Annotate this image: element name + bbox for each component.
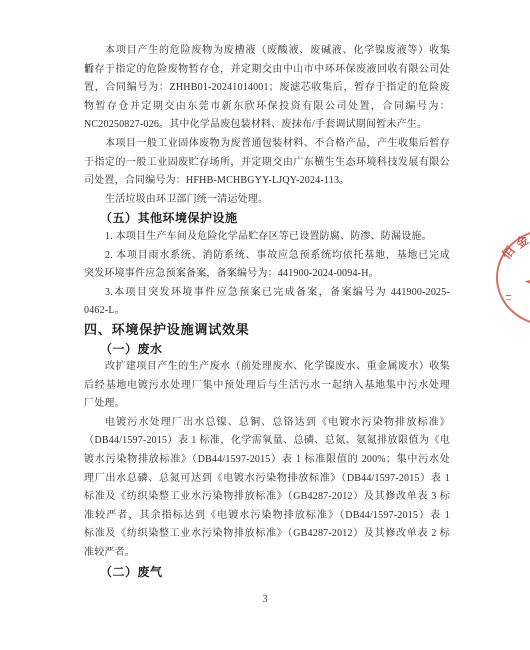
paragraph-line: 物暂存仓并定期交由东莞市新东欣环保投资有限公司处置，合同编号为： <box>84 98 450 117</box>
paragraph-line: NC20250827-026。其中化学品废包装材料、废抹布/手套调试期间暂未产生… <box>84 116 450 135</box>
paragraph-line: 准较严者。 <box>84 544 450 563</box>
list-item-1: 1. 本项目生产车间及危险化学品贮存区等已设置防腐、防渗、防漏设施。 <box>84 228 450 247</box>
document-page: 本项目产生的危险废物为废槽液（废酸液、废碱液、化学镍废液等）收集后， 暂存于指定… <box>0 0 530 650</box>
paragraph-line: 改扩建项目产生的生产废水（前处理废水、化学镍废水、重金属废水）收集 <box>84 358 450 377</box>
list-item-2: 2. 本项目雨水系统、消防系统、事故应急预系统均依托基地，基地已完成 <box>84 247 450 266</box>
paragraph-line: 标准及《纺织染整工业水污染物排放标准》（GB4287-2012）及其修改单表 2… <box>84 525 450 544</box>
paragraph-line: 于指定的一般工业固废贮存场所，并定期交由广东横生生态环境科技发展有限公 <box>84 154 450 173</box>
paragraph-line: （DB44/1597-2015）表 1 标准，化学需氧量、总磷、总氮、氨氮排放限… <box>84 432 450 451</box>
paragraph-line: 0462-L。 <box>84 302 450 321</box>
heading-wastewater: （一）废水 <box>84 340 450 359</box>
paragraph-line: 理厂出水总磷、总氮可达到《电镀水污染物排放标准》（DB44/1597-2015）… <box>84 470 450 489</box>
heading-waste-gas: （二）废气 <box>84 563 450 582</box>
paragraph-line: 准较严者，其余指标达到《电镀水污染物排放标准》（DB44/1597-2015）表… <box>84 507 450 526</box>
page-number: 3 <box>0 594 530 605</box>
paragraph-line: 本项目一般工业固体废物为废普通包装材料、不合格产品，产生收集后暂存 <box>84 135 450 154</box>
paragraph-line: 电镀污水处理厂出水总镍、总铜、总铬达到《电镀水污染物排放标准》 <box>84 414 450 433</box>
heading-section-4: 四、环境保护设施调试效果 <box>84 321 450 340</box>
document-text-block: 本项目产生的危险废物为废槽液（废酸液、废碱液、化学镍废液等）收集后， 暂存于指定… <box>84 42 450 581</box>
paragraph-line: 暂存于指定的危险废物暂存仓，并定期交由中山市中环环保废液回收有限公司处 <box>84 61 450 80</box>
red-seal-stamp: ★ 佰 金 <box>496 229 530 327</box>
list-item-3: 3.本项目突发环境事件应急预案已完成备案，备案编号为 441900-2025- <box>84 284 450 303</box>
paragraph-line: 镀水污染物排放标准》（DB44/1597-2015）表 1 标准限值的 200%… <box>84 451 450 470</box>
paragraph-line: 生活垃圾由环卫部门统一清运处理。 <box>84 191 450 210</box>
paragraph-line: 司处置，合同编号为：HFHB-MCHBGYY-LJQY-2024-113。 <box>84 172 450 191</box>
seal-serial-mark <box>506 295 511 300</box>
paragraph-line: 本项目产生的危险废物为废槽液（废酸液、废碱液、化学镍废液等）收集后， <box>84 42 450 61</box>
paragraph-line: 突发环境事件应急预案备案，备案编号为：441900-2024-0094-H。 <box>84 265 450 284</box>
heading-other-env-facilities: （五）其他环境保护设施 <box>84 209 450 228</box>
paragraph-line: 置，合同编号为：ZHHB01-20241014001；废滤芯收集后，暂存于指定的… <box>84 79 450 98</box>
paragraph-line: 厂处理。 <box>84 395 450 414</box>
paragraph-line: 后经基地电镀污水处理厂集中预处理后与生活污水一起纳入基地集中污水处理 <box>84 377 450 396</box>
paragraph-line: 标准及《纺织染整工业水污染物排放标准》（GB4287-2012）及其修改单表 3… <box>84 488 450 507</box>
